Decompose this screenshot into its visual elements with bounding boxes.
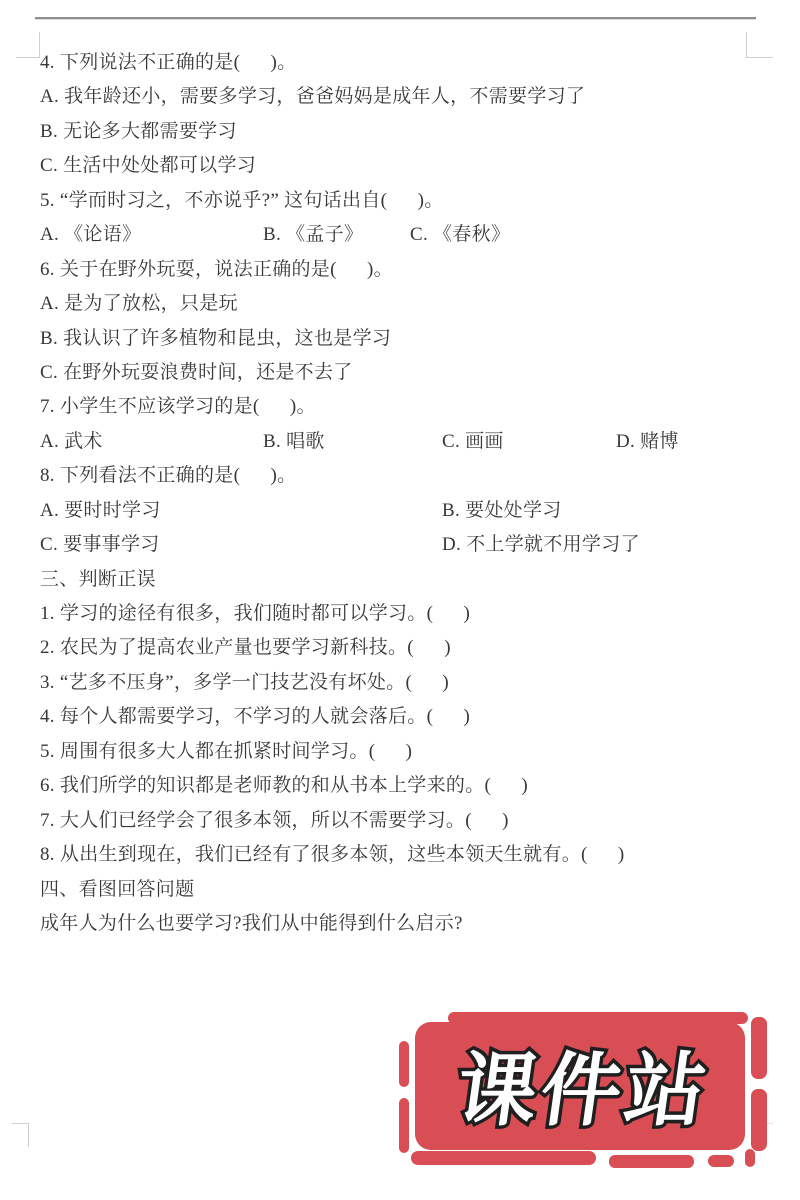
doc-line: C. 要事事学习D. 不上学就不用学习了 [40, 528, 760, 562]
stamp-border-stroke [751, 1089, 767, 1151]
doc-line: A. 是为了放松，只是玩 [40, 287, 760, 321]
doc-line: A. 武术B. 唱歌C. 画画D. 赌博 [40, 425, 760, 459]
q8-option-a: A. 要时时学习 [40, 494, 161, 528]
q8-option-d: D. 不上学就不用学习了 [442, 528, 640, 562]
doc-line: 5. “学而时习之，不亦说乎?” 这句话出自( )。 [40, 184, 760, 218]
text-boundary-mark-top-left [16, 32, 40, 58]
doc-line: C. 在野外玩耍浪费时间，还是不去了 [40, 356, 760, 390]
stamp-text: 课件站 [451, 1046, 716, 1136]
doc-line: 6. 关于在野外玩耍，说法正确的是( )。 [40, 253, 760, 287]
judge-1: 1. 学习的途径有很多，我们随时都可以学习。( ) [40, 597, 470, 631]
stamp-border-stroke [751, 1017, 767, 1079]
q-open-question: 成年人为什么也要学习?我们从中能得到什么启示? [40, 907, 463, 941]
q4-option-c: C. 生活中处处都可以学习 [40, 149, 256, 183]
q6-stem: 6. 关于在野外玩耍，说法正确的是( )。 [40, 253, 393, 287]
doc-line: 1. 学习的途径有很多，我们随时都可以学习。( ) [40, 597, 760, 631]
doc-line: A. 我年龄还小，需要多学习，爸爸妈妈是成年人，不需要学习了 [40, 80, 760, 114]
stamp-border-stroke [411, 1151, 596, 1165]
q8-stem: 8. 下列看法不正确的是( )。 [40, 459, 296, 493]
stamp-border-stroke [399, 1098, 409, 1153]
q6-option-a: A. 是为了放松，只是玩 [40, 287, 238, 321]
doc-line: 2. 农民为了提高农业产量也要学习新科技。( ) [40, 631, 760, 665]
q6-option-b: B. 我认识了许多植物和昆虫，这也是学习 [40, 322, 391, 356]
watermark-stamp: 课件站 [393, 1003, 773, 1175]
doc-line: 8. 下列看法不正确的是( )。 [40, 459, 760, 493]
q5-option-b: B. 《孟子》 [263, 218, 363, 252]
doc-line: 7. 小学生不应该学习的是( )。 [40, 390, 760, 424]
q8-option-b: B. 要处处学习 [442, 494, 562, 528]
doc-line: 6. 我们所学的知识都是老师教的和从书本上学来的。( ) [40, 769, 760, 803]
doc-line: 3. “艺多不压身”，多学一门技艺没有坏处。( ) [40, 666, 760, 700]
doc-line: 4. 每个人都需要学习，不学习的人就会落后。( ) [40, 700, 760, 734]
doc-line: B. 我认识了许多植物和昆虫，这也是学习 [40, 322, 760, 356]
q7-option-d: D. 赌博 [616, 425, 679, 459]
doc-line: 7. 大人们已经学会了很多本领，所以不需要学习。( ) [40, 804, 760, 838]
judge-2: 2. 农民为了提高农业产量也要学习新科技。( ) [40, 631, 451, 665]
q6-option-c: C. 在野外玩耍浪费时间，还是不去了 [40, 356, 353, 390]
doc-line: 成年人为什么也要学习?我们从中能得到什么启示? [40, 907, 760, 941]
page-break-divider [35, 17, 756, 19]
q7-option-a: A. 武术 [40, 425, 103, 459]
q7-option-c: C. 画画 [442, 425, 504, 459]
judge-7: 7. 大人们已经学会了很多本领，所以不需要学习。( ) [40, 804, 509, 838]
doc-line: A. 《论语》B. 《孟子》C. 《春秋》 [40, 218, 760, 252]
section-4-heading: 四、看图回答问题 [40, 873, 194, 907]
q7-option-b: B. 唱歌 [263, 425, 325, 459]
q5-option-c: C. 《春秋》 [410, 218, 510, 252]
doc-line: 5. 周围有很多大人都在抓紧时间学习。( ) [40, 735, 760, 769]
doc-line: A. 要时时学习B. 要处处学习 [40, 494, 760, 528]
judge-3: 3. “艺多不压身”，多学一门技艺没有坏处。( ) [40, 666, 449, 700]
judge-8: 8. 从出生到现在，我们已经有了很多本领，这些本领天生就有。( ) [40, 838, 625, 872]
doc-line: 8. 从出生到现在，我们已经有了很多本领，这些本领天生就有。( ) [40, 838, 760, 872]
judge-5: 5. 周围有很多大人都在抓紧时间学习。( ) [40, 735, 412, 769]
q4-stem: 4. 下列说法不正确的是( )。 [40, 46, 296, 80]
q7-stem: 7. 小学生不应该学习的是( )。 [40, 390, 316, 424]
document-page: 4. 下列说法不正确的是( )。A. 我年龄还小，需要多学习，爸爸妈妈是成年人，… [0, 0, 800, 1200]
stamp-border-stroke [745, 1149, 755, 1167]
stamp-border-stroke [399, 1041, 409, 1087]
q5-option-a: A. 《论语》 [40, 218, 141, 252]
doc-line: 三、判断正误 [40, 563, 760, 597]
q4-option-b: B. 无论多大都需要学习 [40, 115, 237, 149]
doc-line: 4. 下列说法不正确的是( )。 [40, 46, 760, 80]
section-3-heading: 三、判断正误 [40, 563, 156, 597]
document-text-area: 4. 下列说法不正确的是( )。A. 我年龄还小，需要多学习，爸爸妈妈是成年人，… [40, 46, 760, 941]
judge-4: 4. 每个人都需要学习，不学习的人就会落后。( ) [40, 700, 470, 734]
q5-stem: 5. “学而时习之，不亦说乎?” 这句话出自( )。 [40, 184, 444, 218]
doc-line: C. 生活中处处都可以学习 [40, 149, 760, 183]
judge-6: 6. 我们所学的知识都是老师教的和从书本上学来的。( ) [40, 769, 528, 803]
stamp-body: 课件站 [415, 1022, 745, 1150]
text-boundary-mark-bottom-left [12, 1123, 29, 1147]
doc-line: 四、看图回答问题 [40, 873, 760, 907]
doc-line: B. 无论多大都需要学习 [40, 115, 760, 149]
stamp-border-stroke [609, 1155, 694, 1168]
stamp-border-stroke [708, 1155, 734, 1167]
q8-option-c: C. 要事事学习 [40, 528, 160, 562]
q4-option-a: A. 我年龄还小，需要多学习，爸爸妈妈是成年人，不需要学习了 [40, 80, 585, 114]
